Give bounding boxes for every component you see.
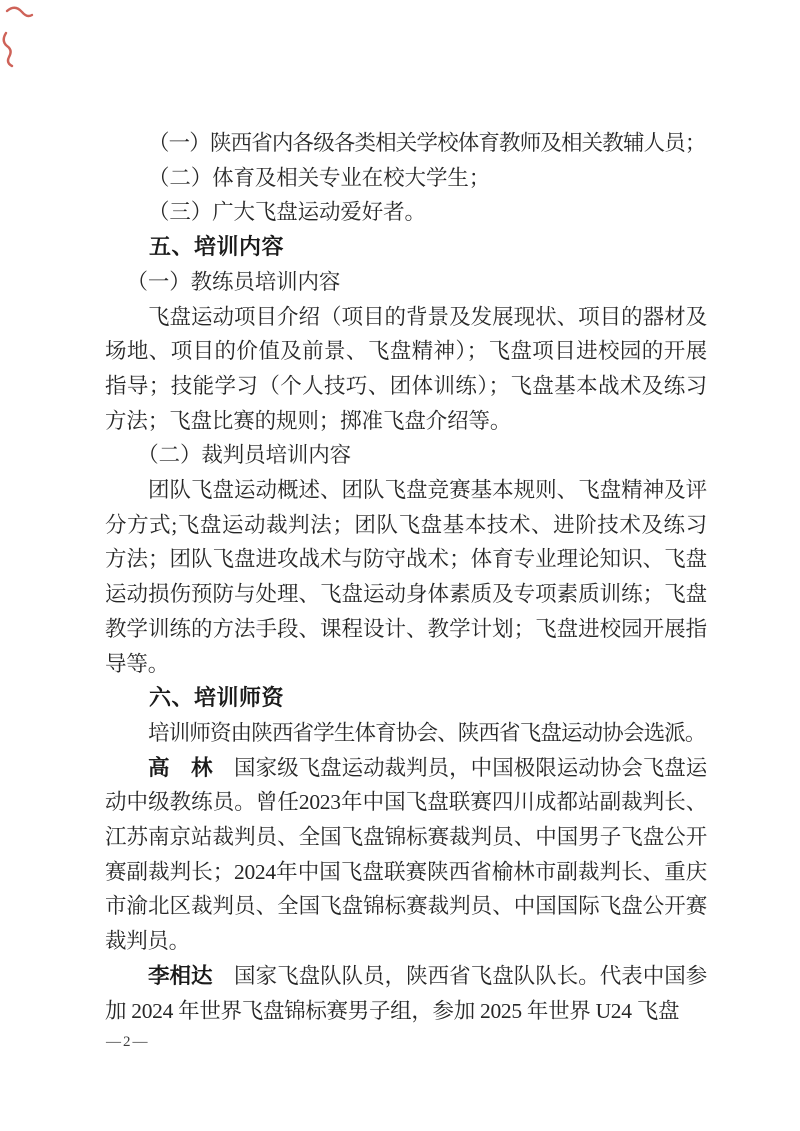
person-name: 李相达 (148, 964, 213, 988)
document-page: （一）陕西省内各级各类相关学校体育教师及相关教辅人员；（二）体育及相关专业在校大… (0, 0, 800, 1131)
section-heading: 五、培训内容 (105, 230, 707, 265)
person-name: 高 林 (148, 756, 213, 780)
red-pen-mark-icon (0, 0, 42, 72)
paragraph: （二）裁判员培训内容 (105, 438, 707, 473)
paragraph: （一）教练员培训内容 (105, 265, 707, 300)
paragraph: （二）体育及相关专业在校大学生； (105, 161, 707, 196)
document-body: （一）陕西省内各级各类相关学校体育教师及相关教辅人员；（二）体育及相关专业在校大… (105, 126, 707, 1028)
paragraph: 团队飞盘运动概述、团队飞盘竞赛基本规则、飞盘精神及评分方式;飞盘运动裁判法；团队… (105, 473, 707, 681)
paragraph: 培训师资由陕西省学生体育协会、陕西省飞盘运动协会选派。 (105, 716, 707, 751)
section-heading: 六、培训师资 (105, 681, 707, 716)
paragraph: 李相达 国家飞盘队队员，陕西省飞盘队队长。代表中国参加 2024 年世界飞盘锦标… (105, 959, 707, 1028)
paragraph: 飞盘运动项目介绍（项目的背景及发展现状、项目的器材及场地、项目的价值及前景、飞盘… (105, 300, 707, 439)
page-number: —2— (106, 1034, 150, 1051)
paragraph: （一）陕西省内各级各类相关学校体育教师及相关教辅人员； (105, 126, 707, 161)
paragraph: （三）广大飞盘运动爱好者。 (105, 195, 707, 230)
paragraph: 高 林 国家级飞盘运动裁判员，中国极限运动协会飞盘运动中级教练员。曾任2023年… (105, 751, 707, 959)
